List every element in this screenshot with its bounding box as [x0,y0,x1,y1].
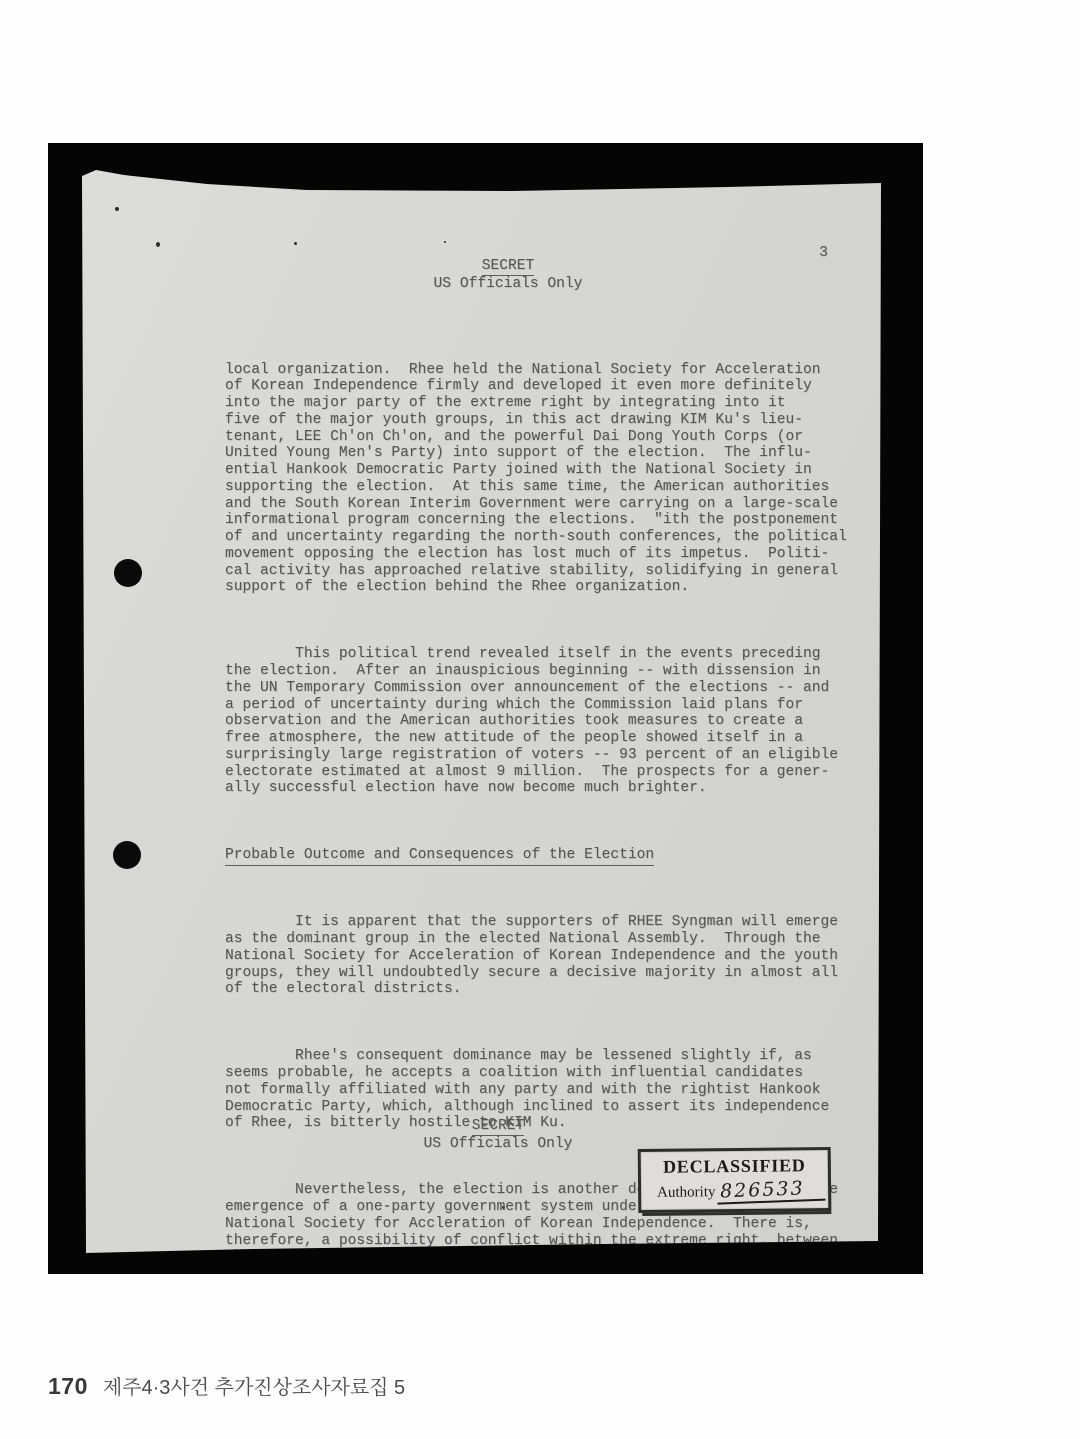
classification-footer: SECRET US Officials Only [413,1118,583,1153]
paragraph-2: This political trend revealed itself in … [225,646,880,797]
book-page: 3 SECRET US Officials Only local organiz… [0,0,1080,1439]
declassified-stamp-authority: Authority826533 [641,1178,828,1204]
authority-number-handwritten: 826533 [717,1177,825,1205]
paragraph-3: It is apparent that the supporters of RH… [225,914,880,998]
book-title: 제주4·3사건 추가진상조사자료집 5 [103,1371,405,1400]
hole-punch-top [114,559,142,587]
paragraph-1: local organization. Rhee held the Nation… [225,362,880,597]
book-caption: 170 제주4·3사건 추가진상조사자료집 5 [48,1371,405,1400]
document-paper: 3 SECRET US Officials Only local organiz… [82,170,881,1253]
classification-header: SECRET US Officials Only [423,258,593,293]
handling-top-label: US Officials Only [423,276,593,294]
scanned-photo-background: 3 SECRET US Officials Only local organiz… [48,143,923,1274]
paper-speck [294,242,297,245]
classification-bottom-label: SECRET [413,1118,583,1136]
book-page-number: 170 [48,1373,88,1400]
declassified-stamp: DECLASSIFIED Authority826533 [638,1147,832,1213]
classification-top-label: SECRET [423,258,593,276]
declassified-stamp-title: DECLASSIFIED [641,1155,828,1178]
authority-label: Authority [657,1184,716,1201]
hole-punch-bottom [113,841,141,869]
handling-bottom-label: US Officials Only [413,1136,583,1154]
paper-speck [156,242,160,247]
page-number: 3 [819,244,828,261]
paper-speck [444,241,446,243]
paper-speck [115,207,119,211]
section-heading: Probable Outcome and Consequences of the… [225,847,880,864]
